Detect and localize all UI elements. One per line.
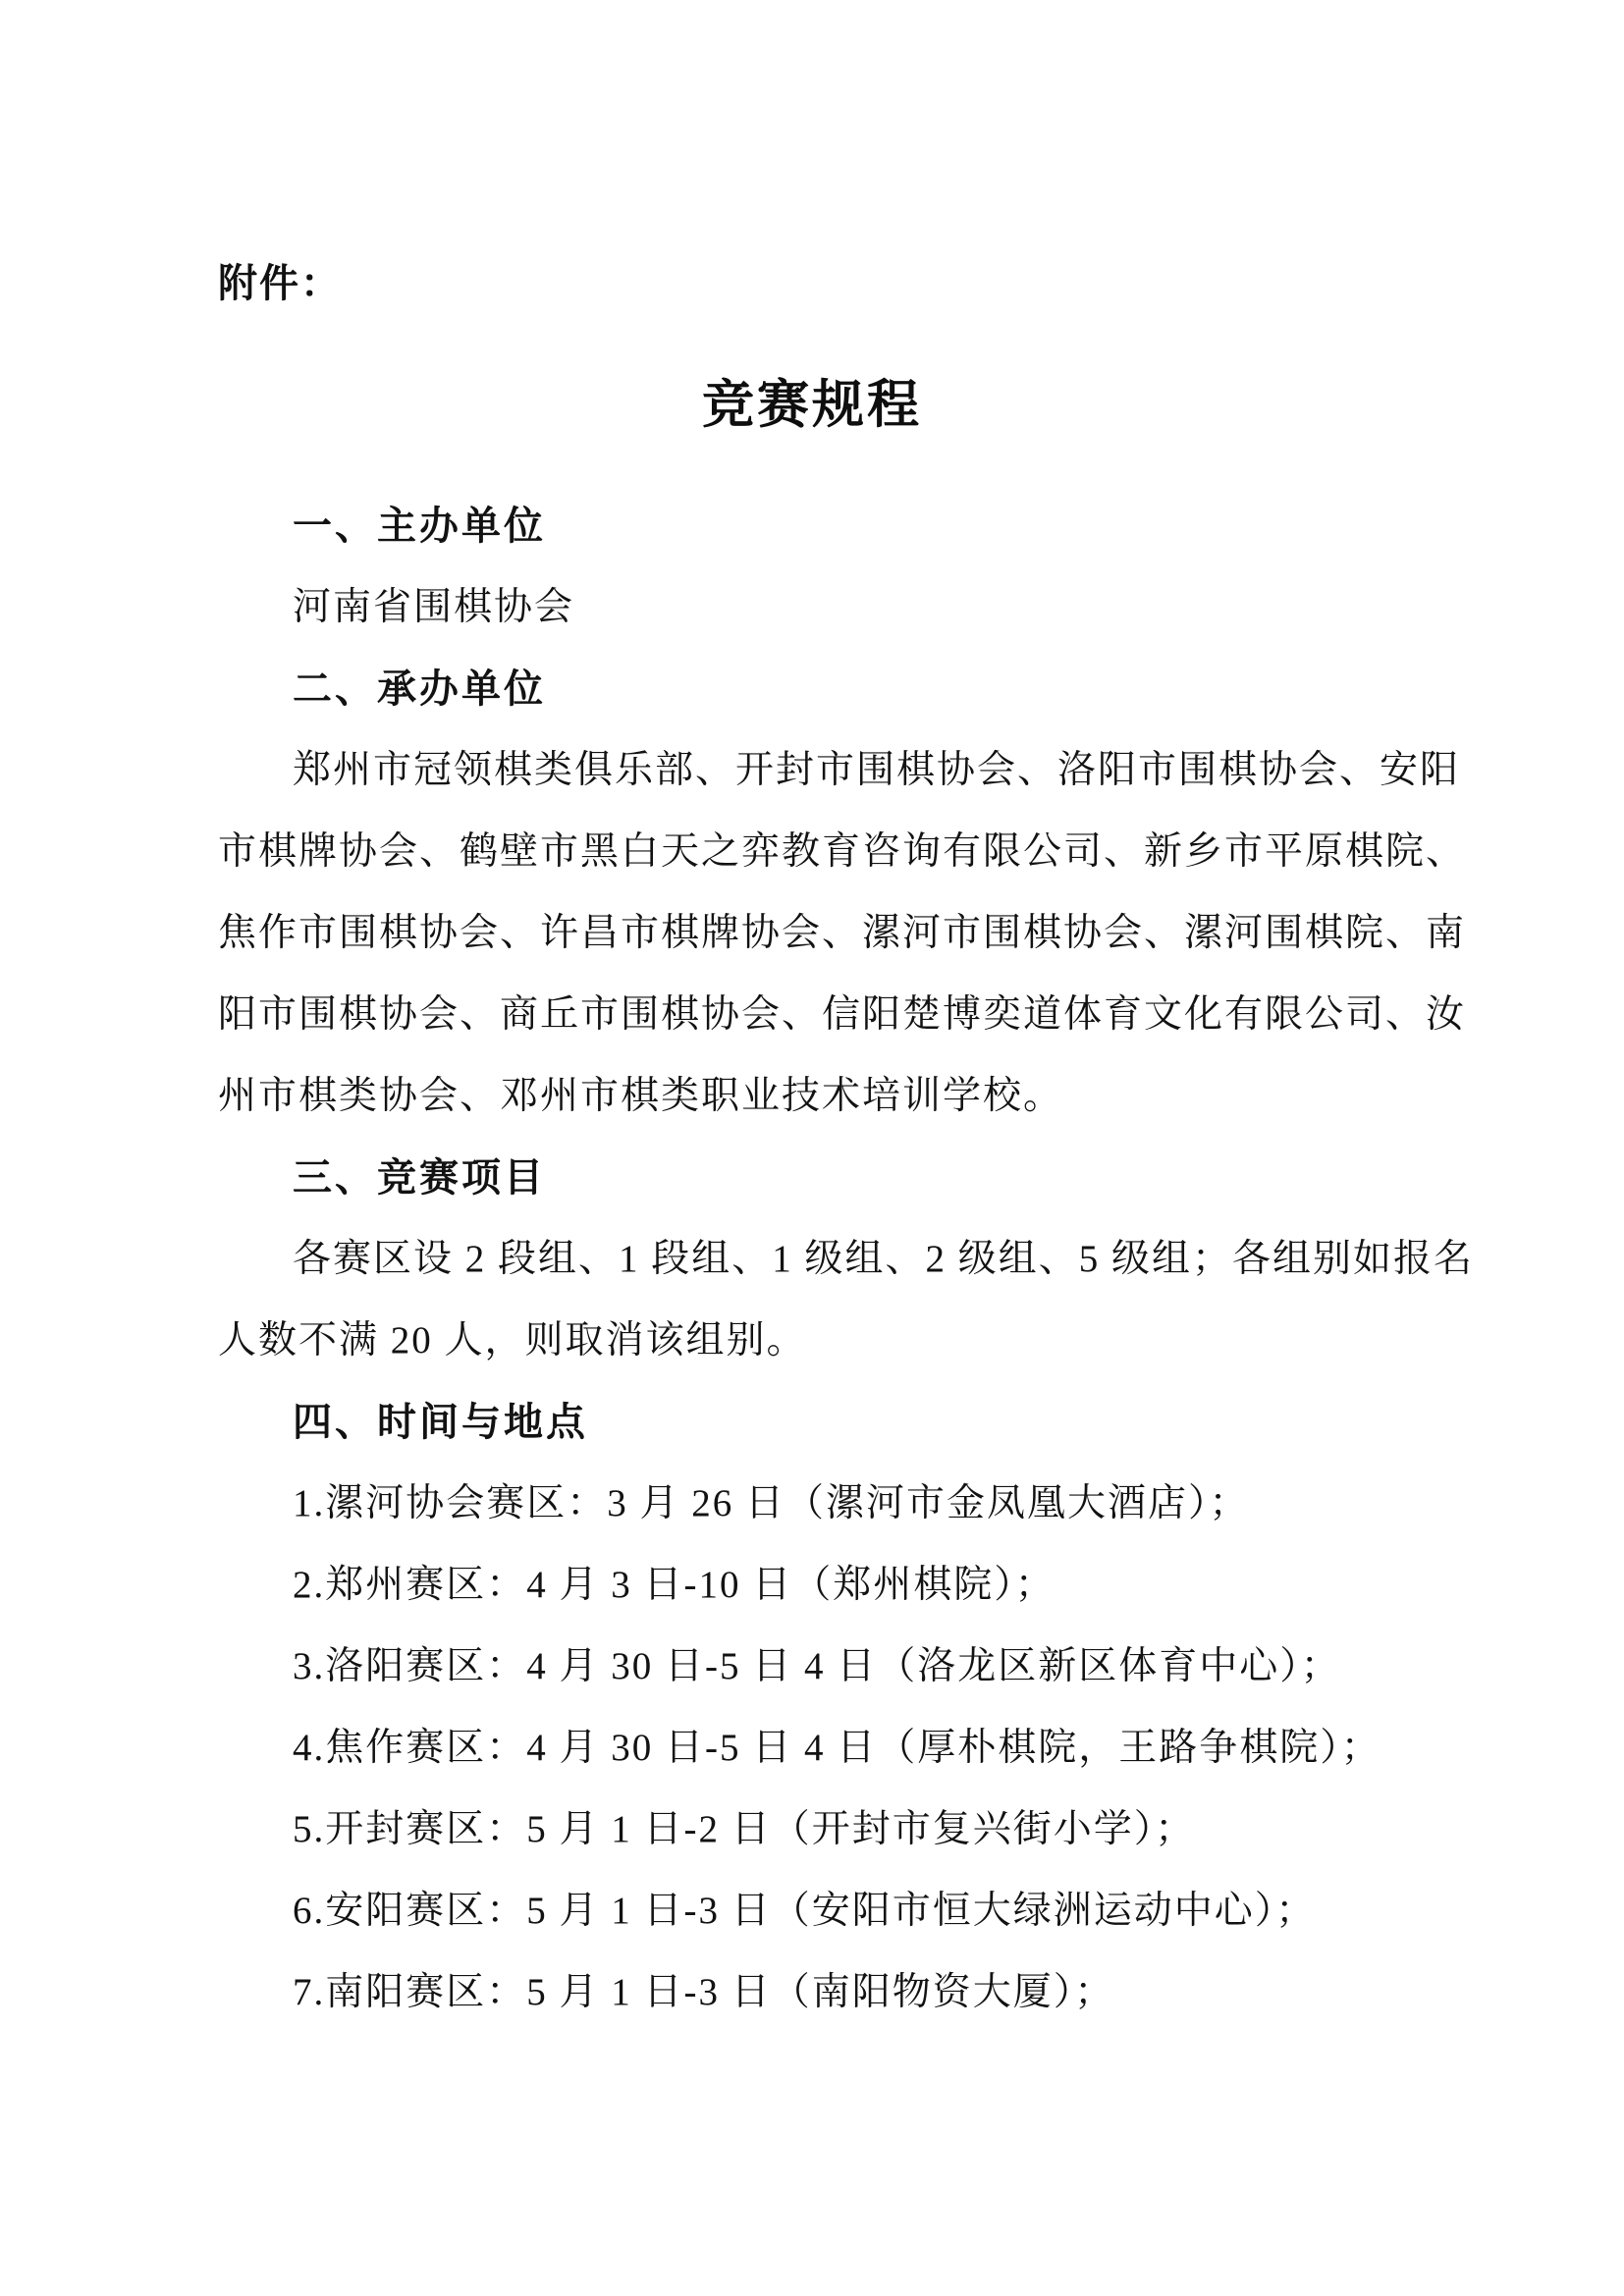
section-heading-undertaker: 二、承办单位 xyxy=(293,667,546,712)
attachment-label: 附件： xyxy=(218,261,342,306)
text-line: 焦作市围棋协会、许昌市棋牌协会、漯河市围棋协会、漯河围棋院、南 xyxy=(218,911,1466,956)
venue-item: 7.南阳赛区：5 月 1 日-3 日（南阳物资大厦）； xyxy=(293,1970,1114,2015)
venue-item: 5.开封赛区：5 月 1 日-2 日（开封市复兴街小学）； xyxy=(293,1807,1195,1852)
text-line: 阳市围棋协会、商丘市围棋协会、信阳楚博奕道体育文化有限公司、汝 xyxy=(218,992,1466,1038)
venue-item: 2.郑州赛区：4 月 3 日-10 日（郑州棋院）； xyxy=(293,1563,1056,1608)
text-line: 市棋牌协会、鹤壁市黑白天之弈教育咨询有限公司、新乡市平原棋院、 xyxy=(218,829,1466,875)
text-line: 人数不满 20 人，则取消该组别。 xyxy=(218,1318,807,1363)
venue-item: 1.漯河协会赛区：3 月 26 日（漯河市金凤凰大酒店）； xyxy=(293,1481,1250,1526)
document-page: 附件： 竞赛规程 一、主办单位 河南省围棋协会 二、承办单位 郑州市冠领棋类俱乐… xyxy=(0,0,1624,2296)
venue-item: 3.洛阳赛区：4 月 30 日-5 日 4 日（洛龙区新区体育中心）； xyxy=(293,1644,1341,1689)
section-heading-events: 三、竞赛项目 xyxy=(293,1155,546,1201)
text-line: 各赛区设 2 段组、1 段组、1 级组、2 级组、5 级组；各组别如报名 xyxy=(293,1237,1474,1282)
text-line: 郑州市冠领棋类俱乐部、开封市围棋协会、洛阳市围棋协会、安阳 xyxy=(293,748,1460,793)
venue-item: 4.焦作赛区：4 月 30 日-5 日 4 日（厚朴棋院，王路争棋院）； xyxy=(293,1726,1381,1771)
document-title: 竞赛规程 xyxy=(0,363,1624,438)
section-heading-organizer: 一、主办单位 xyxy=(293,504,546,549)
text-line: 州市棋类协会、邓州市棋类职业技术培训学校。 xyxy=(218,1074,1063,1119)
text-line: 河南省围棋协会 xyxy=(293,585,574,630)
section-heading-time-place: 四、时间与地点 xyxy=(293,1400,588,1445)
venue-item: 6.安阳赛区：5 月 1 日-3 日（安阳市恒大绿洲运动中心）； xyxy=(293,1889,1316,1934)
